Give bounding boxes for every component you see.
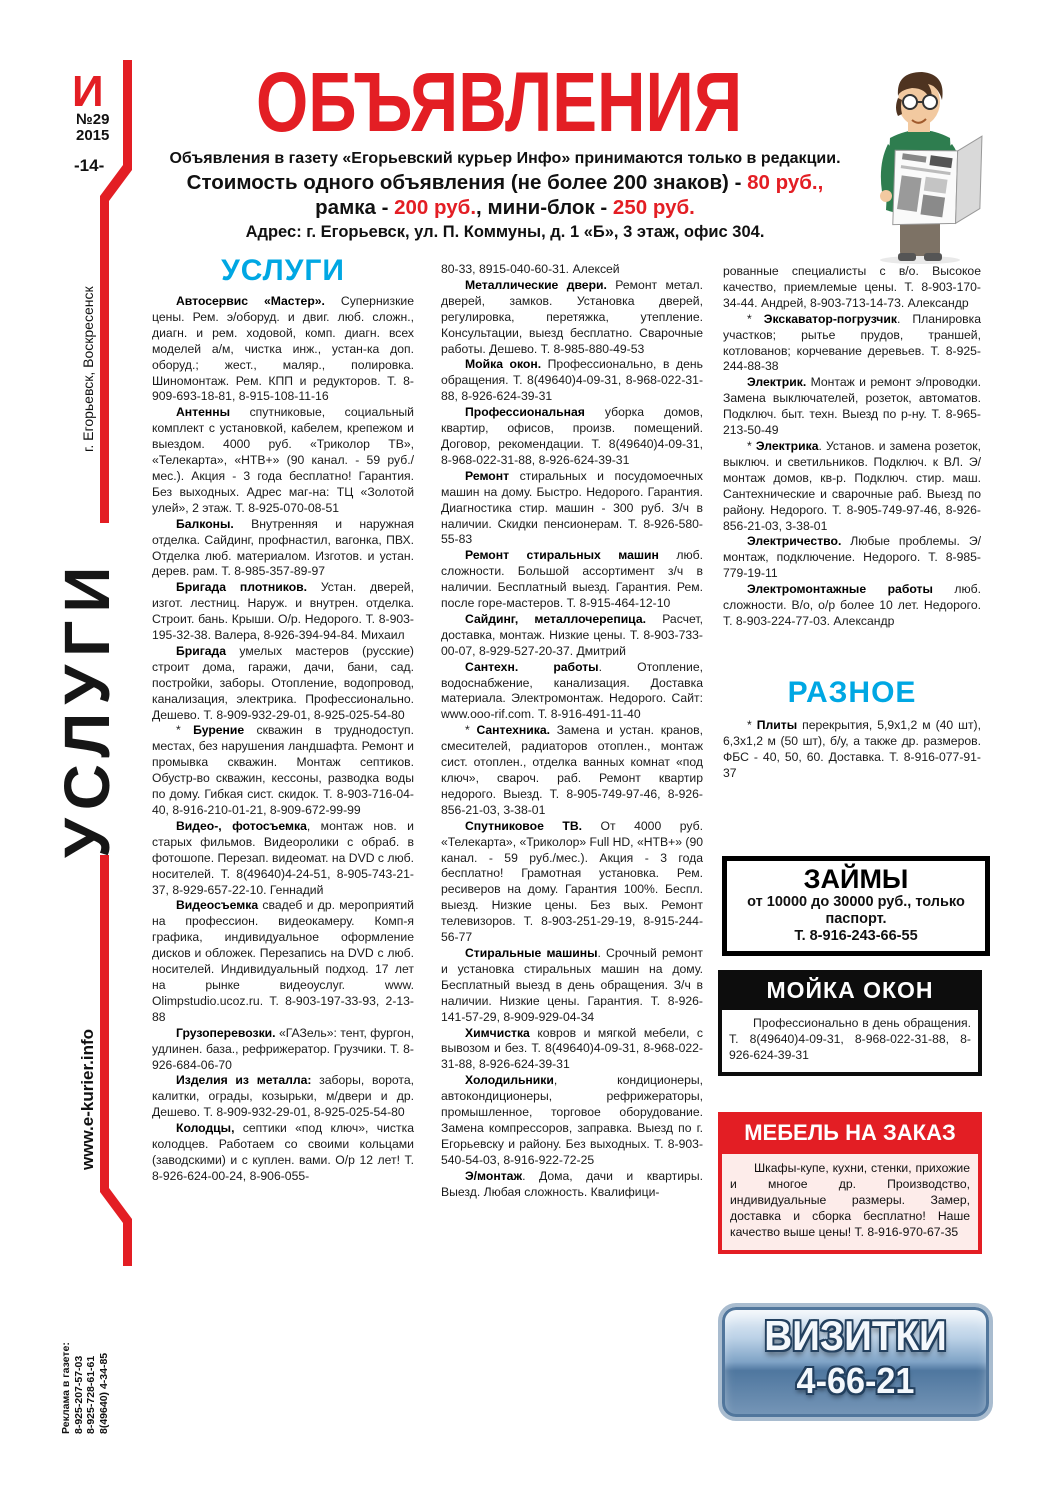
submission-note: Объявления в газету «Егорьевский курьер … [140,150,870,168]
classified-ad: Спутниковое ТВ. От 4000 руб. «Телекарта»… [441,819,703,946]
paper-logo: И [72,70,104,114]
price-line-2: рамка - 200 руб., мини-блок - 250 руб. [140,195,870,220]
ad-lead: Ремонт [465,469,509,483]
ad-lead: Электромонтажные работы [747,582,933,596]
loans-ad-box: ЗАЙМЫ от 10000 до 30000 руб., только пас… [722,856,990,956]
ad-lead: Стиральные машины [465,946,598,960]
classified-ad: Мойка окон. Профессионально, в день обра… [441,357,703,405]
classifieds-column-1: УСЛУГИ Автосервис «Мастер». Супернизкие … [152,254,414,1185]
ads-list: * Плиты перекрытия, 5,9х1,2 м (40 шт), 6… [723,718,981,782]
classified-ad: Профессиональная уборка домов, квартир, … [441,405,703,469]
advertising-contacts: Реклама в газете: 8-925-207-57-03 8-925-… [60,1284,114,1434]
section-header-services: УСЛУГИ [152,254,414,288]
ad-lead: Сантехника. [476,723,550,737]
classified-ad: Э/монтаж. Дома, дачи и квартиры. Выезд. … [441,1169,703,1201]
ad-lead: Сантехн. работы [465,660,599,674]
classified-ad: Антенны спутниковые, социальный комплект… [152,405,414,516]
ad-lead: Электрик. [747,375,806,389]
classified-ad: Грузоперевозки. «ГАЗель»: тент, фургон, … [152,1026,414,1074]
classified-ad: Изделия из металла: заборы, ворота, кали… [152,1073,414,1121]
price-text: , мини-блок - [476,196,613,219]
custom-furniture-title: МЕБЕЛЬ НА ЗАКАЗ [718,1112,982,1154]
price-value: 250 руб. [613,196,695,219]
classified-ad: * Электрика. Установ. и замена розеток, … [723,439,981,534]
classified-ad: Сантехн. работы. Отопление, водоснабжени… [441,660,703,724]
window-cleaning-title: МОЙКА ОКОН [718,970,982,1010]
price-value: 200 руб. [394,196,476,219]
ad-lead: Бригада [176,644,226,658]
ad-lead: Электричество. [747,534,841,548]
loans-terms: от 10000 до 30000 руб., только паспорт. [731,894,981,928]
classified-ad: рованные специалисты с в/о. Высокое каче… [723,264,981,312]
classified-ad: Металлические двери. Ремонт метал. двере… [441,278,703,358]
ad-lead: Профессиональная [465,405,585,419]
ad-lead: Ремонт стиральных машин [465,548,659,562]
section-header-misc: РАЗНОЕ [723,676,981,710]
ad-lead: Металлические двери. [465,278,607,292]
ad-lead: Балконы. [176,517,234,531]
site-url-vertical: www.e-kurier.info [78,1040,98,1170]
page-number: -14- [74,156,104,176]
price-text: Стоимость одного объявления (не более 20… [187,171,747,194]
ads-list: 80-33, 8915-040-60-31. АлексейМеталличес… [441,262,703,1200]
classified-ad: Балконы. Внутренняя и наружная отделка. … [152,517,414,581]
classified-ad: Видео-, фотосъемка, монтаж нов. и старых… [152,819,414,899]
ad-lead: Мойка окон. [465,357,541,371]
window-cleaning-text: Профессионально в день обращения. Т. 8(4… [718,1010,982,1076]
ads-list: рованные специалисты с в/о. Высокое каче… [723,264,981,630]
advertising-phone: 8(49640) 4-34-85 [98,1284,111,1434]
loans-phone: Т. 8-916-243-66-55 [731,928,981,945]
classifieds-column-2: 80-33, 8915-040-60-31. АлексейМеталличес… [441,262,703,1200]
advertising-label: Реклама в газете: [60,1284,73,1434]
classified-ad: Электромонтажные работы люб. сложности. … [723,582,981,630]
loans-title: ЗАЙМЫ [731,864,981,894]
ads-list: Автосервис «Мастер». Супернизкие цены. Р… [152,294,414,1185]
classified-ad: * Бурение скважин в труднодоступ. местах… [152,723,414,818]
window-cleaning-ad-box: МОЙКА ОКОН Профессионально в день обраще… [718,970,982,1076]
classified-ad: Ремонт стиральных машин люб. сложности. … [441,548,703,612]
ad-lead: Спутниковое ТВ. [465,819,582,833]
classified-ad: Бригада умелых мастеров (русские) строит… [152,644,414,724]
ad-lead: Э/монтаж [465,1169,522,1183]
business-cards-phone: 4-66-21 [729,1361,983,1401]
classified-ad: * Экскаватор-погрузчик. Планировка участ… [723,312,981,376]
ad-lead: Плиты [757,718,797,732]
ad-lead: Изделия из металла: [176,1073,311,1087]
ad-lead: Бурение [193,723,244,737]
ad-lead: Колодцы, [176,1121,234,1135]
region-vertical-label: г. Егорьевск, Воскресенск [80,232,96,452]
classified-ad: Видеосъемка свадеб и др. мероприятий на … [152,898,414,1025]
issue-no: №29 [76,112,109,128]
issue-year: 2015 [76,128,109,144]
classified-ad: Электрик. Монтаж и ремонт э/проводки. За… [723,375,981,439]
classified-ad: Стиральные машины. Срочный ремонт и уста… [441,946,703,1026]
ad-lead: Холодильники [465,1073,554,1087]
newspaper-reader-cartoon [842,60,998,265]
classified-ad: * Плиты перекрытия, 5,9х1,2 м (40 шт), 6… [723,718,981,782]
classified-ad: Сайдинг, металлочерепица. Расчет, достав… [441,612,703,660]
custom-furniture-text: Шкафы-купе, кухни, стенки, прихожие и мн… [718,1154,982,1254]
classified-ad: Ремонт стиральных и посудомоечных машин … [441,469,703,549]
ad-lead: Электрика [756,439,819,453]
business-cards-title: ВИЗИТКИ [733,1311,979,1361]
price-text: рамка - [315,196,394,219]
ad-lead: Автосервис «Мастер». [176,294,325,308]
classified-ad: Холодильники, кондиционеры, автокондицио… [441,1073,703,1168]
issue-number: №29 2015 [76,112,109,144]
classified-ad: * Сантехника. Замена и устан. кранов, см… [441,723,703,818]
advertising-phone: 8-925-728-61-61 [85,1284,98,1434]
classified-ad: Автосервис «Мастер». Супернизкие цены. Р… [152,294,414,405]
ad-lead: Химчистка [465,1026,530,1040]
ad-lead: Экскаватор-погрузчик [764,312,897,326]
newspaper-page: И №29 2015 -14- г. Егорьевск, Воскресенс… [0,0,1058,1492]
office-address: Адрес: г. Егорьевск, ул. П. Коммуны, д. … [140,223,870,242]
services-vertical-label: УСЛУГИ [50,522,124,858]
header-info: Объявления в газету «Егорьевский курьер … [140,150,870,242]
ad-lead: Антенны [176,405,230,419]
page-title: ОБЪЯВЛЕНИЯ [256,58,742,146]
classified-ad: Бригада плотников. Устан. дверей, изгот.… [152,580,414,644]
ad-lead: Сайдинг, металлочерепица. [465,612,646,626]
classified-ad: Колодцы, септики «под ключ», чистка коло… [152,1121,414,1185]
ad-lead: Бригада плотников. [176,580,307,594]
ad-lead: Грузоперевозки. [176,1026,276,1040]
custom-furniture-ad-box: МЕБЕЛЬ НА ЗАКАЗ Шкафы-купе, кухни, стенк… [718,1112,982,1254]
business-cards-badge: ВИЗИТКИ 4-66-21 [718,1303,993,1421]
classified-ad: 80-33, 8915-040-60-31. Алексей [441,262,703,278]
price-value: 80 руб., [747,171,823,194]
classified-ad: Электричество. Любые проблемы. Э/монтаж,… [723,534,981,582]
classifieds-column-3: рованные специалисты с в/о. Высокое каче… [723,264,981,781]
ad-lead: Видео-, фотосъемка [176,819,307,833]
advertising-phone: 8-925-207-57-03 [73,1284,86,1434]
classified-ad: Химчистка ковров и мягкой мебели, с выво… [441,1026,703,1074]
ad-lead: Видеосъемка [176,898,258,912]
price-line-1: Стоимость одного объявления (не более 20… [140,170,870,195]
